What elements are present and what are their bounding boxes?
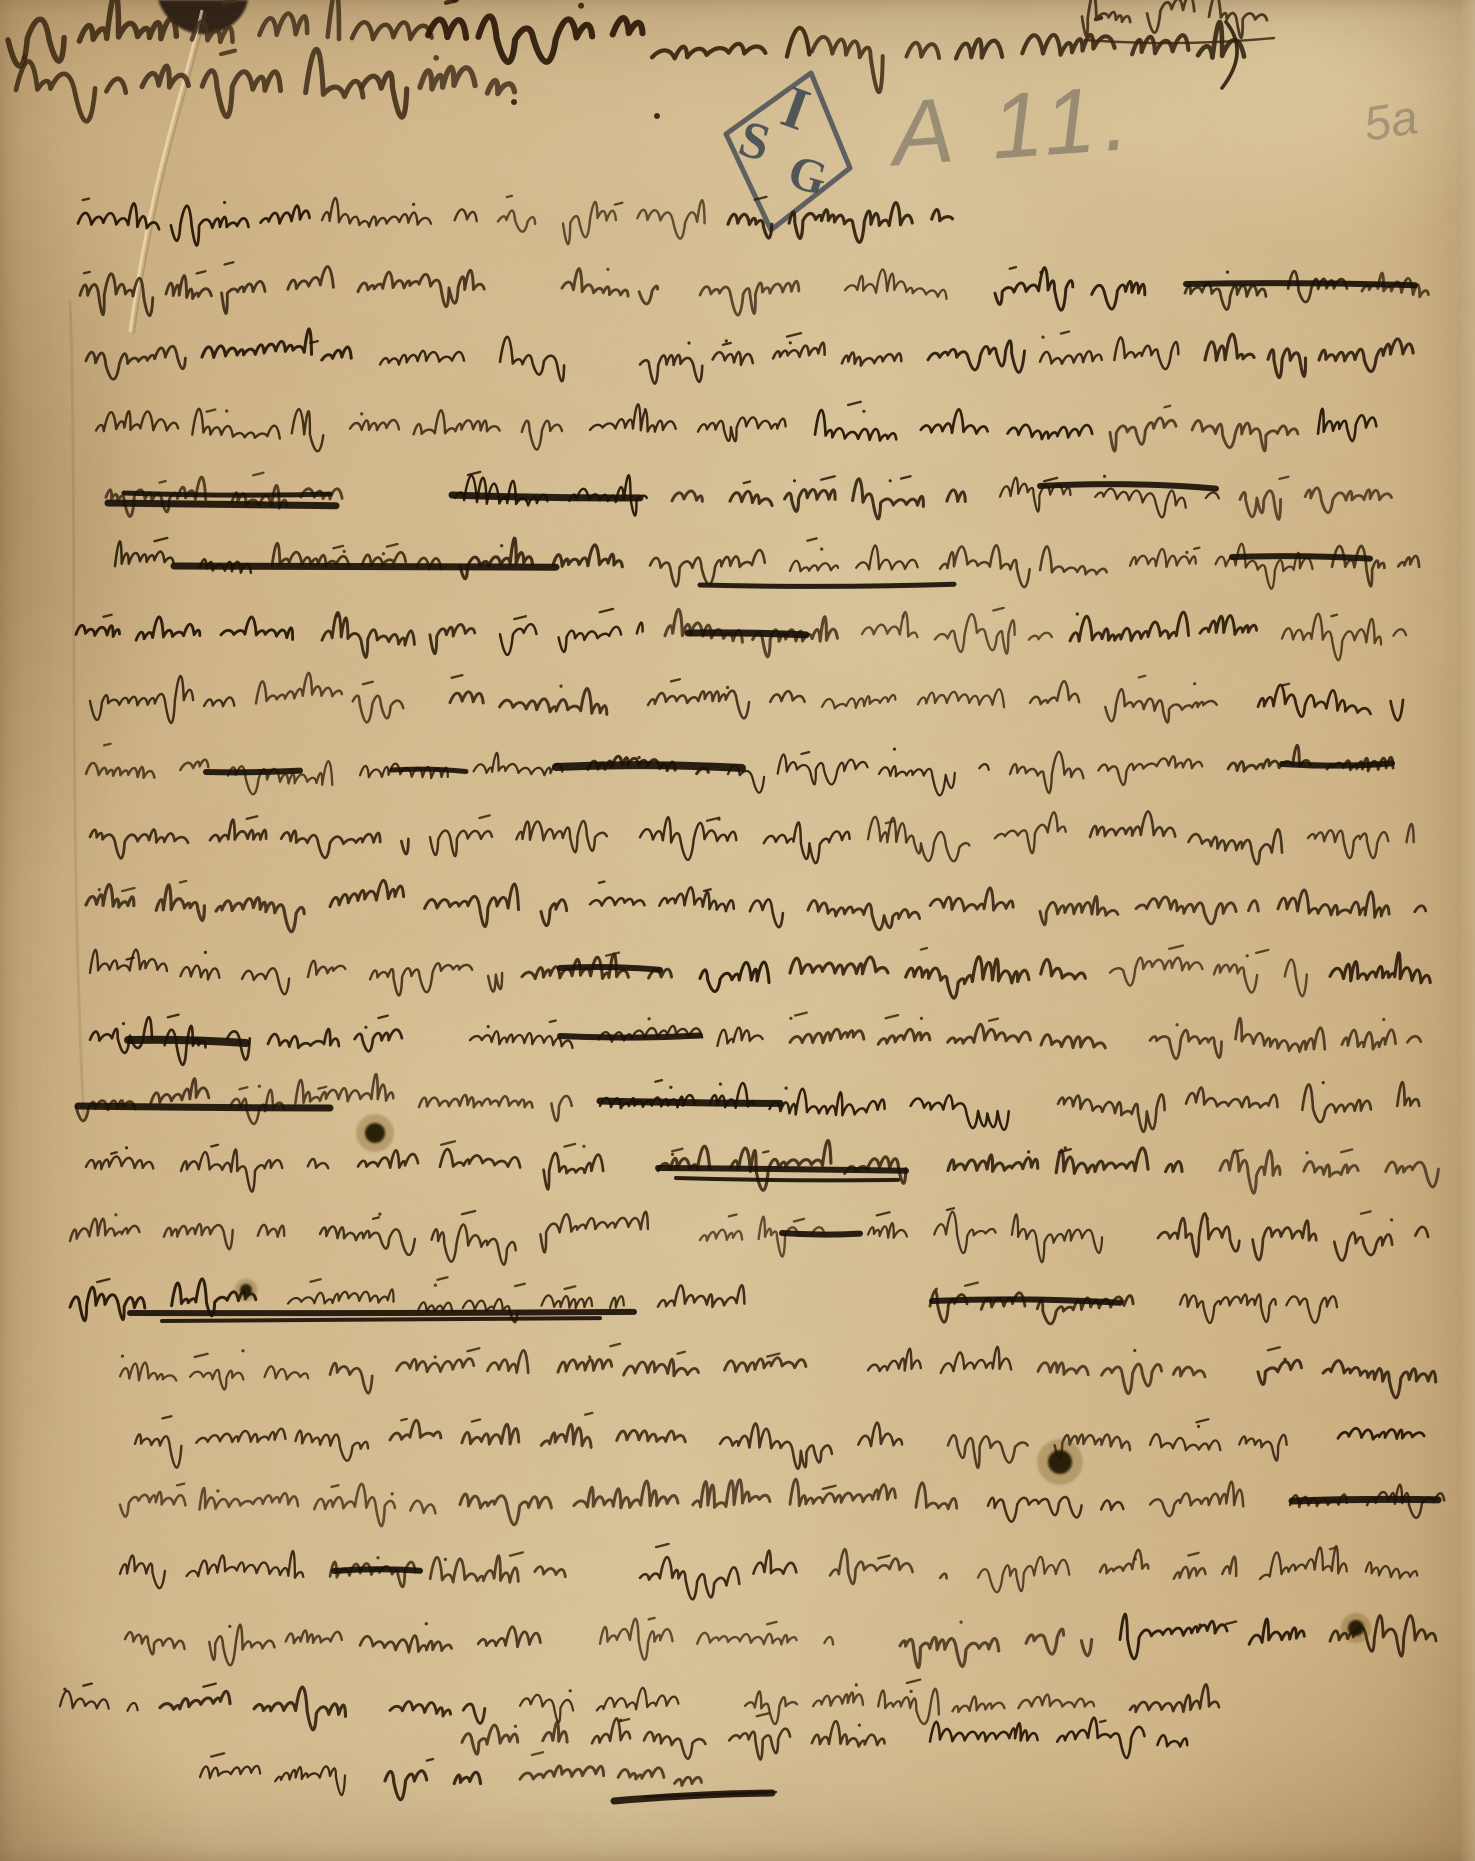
ink-blot: [1348, 1620, 1364, 1636]
ink-dot: [654, 113, 660, 119]
ink-blot: [1048, 1450, 1072, 1474]
strikethrough: [560, 967, 660, 970]
strikethrough: [556, 765, 742, 768]
pencil-annotation: A 11.: [889, 66, 1140, 188]
right-edge-highlight: [1459, 0, 1475, 1861]
strikethrough: [676, 1178, 898, 1180]
ink-blot: [240, 1284, 252, 1296]
paper-texture-grain: [0, 0, 1475, 1861]
strikethrough: [560, 1036, 700, 1038]
strikethrough: [1282, 763, 1392, 765]
strikethrough: [78, 1106, 330, 1108]
strikethrough: [108, 503, 336, 506]
strikethrough: [452, 495, 640, 498]
ink-blot: [365, 1123, 385, 1143]
strikethrough: [1292, 1499, 1438, 1501]
strikethrough: [128, 1040, 246, 1043]
strikethrough: [600, 1101, 780, 1103]
manuscript-page: S I G A 11. 5a: [0, 0, 1475, 1861]
strikethrough: [124, 493, 330, 495]
handwriting-layer: [0, 0, 1475, 1861]
strikethrough: [1186, 283, 1415, 285]
strikethrough: [334, 1569, 420, 1571]
strikethrough: [174, 566, 556, 567]
ink-dot: [511, 99, 517, 105]
strikethrough: [392, 769, 466, 771]
page-number-annotation: 5a: [1360, 90, 1421, 153]
strikethrough: [700, 584, 954, 586]
strikethrough: [932, 1299, 1120, 1302]
strikethrough: [688, 633, 806, 635]
strikethrough: [782, 1233, 860, 1235]
strikethrough: [130, 1312, 634, 1313]
strikethrough: [1232, 556, 1370, 558]
strikethrough: [658, 1168, 906, 1171]
strikethrough: [206, 771, 300, 773]
